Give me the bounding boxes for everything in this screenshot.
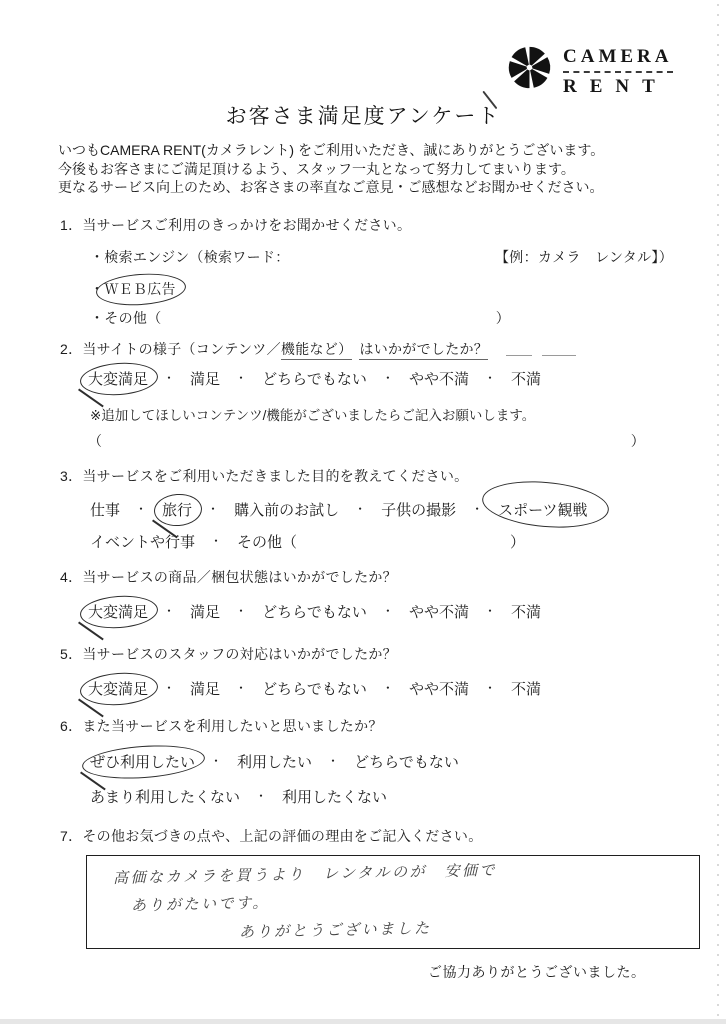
q1-search-label: ・検索エンジン（検索ワード： (90, 247, 290, 267)
option: やや不満 (409, 604, 469, 621)
option: あまり利用したくない (90, 789, 240, 806)
option-selected: スポーツ観戦 (498, 499, 587, 520)
option: 不満 (511, 604, 541, 621)
q1-option-other: ・その他（ ） (90, 308, 510, 328)
option-separator: ・ (235, 371, 247, 385)
aperture-icon (506, 44, 553, 91)
question-3-label: 3．当サービスをご利用いただきました目的を教えてください。 (60, 466, 468, 486)
option-selected: 大変満足 (88, 368, 148, 389)
survey-page: CAMERA RENT お客さま満足度アンケート いつもCAMERA RENT(… (0, 0, 726, 1024)
underline-dash (542, 354, 576, 356)
q2-label-part: 2．当サイトの様子（コンテンツ／ (60, 341, 281, 357)
option-separator: ・ (382, 371, 394, 385)
option-separator: ・ (471, 502, 483, 516)
option: その他（ (237, 534, 297, 551)
option-separator: ・ (327, 754, 339, 768)
option: どちらでもない (262, 371, 367, 388)
close-paren: ） (496, 308, 510, 328)
option-separator: ・ (354, 502, 366, 516)
question-6-label: 6．また当サービスを利用したいと思いましたか？ (60, 716, 383, 736)
option-selected: 大変満足 (88, 678, 148, 699)
option-separator: ・ (135, 502, 147, 516)
option: 子供の撮影 (381, 502, 456, 519)
q1-search-example: 【例：カメラ レンタル】） (495, 247, 673, 267)
question-2-label: 2．当サイトの様子（コンテンツ／機能など）はいかがでしたか？ (60, 339, 576, 359)
option: 満足 (190, 681, 220, 698)
close-paren: ） (510, 531, 525, 552)
option-separator: ・ (163, 604, 175, 618)
option: やや不満 (409, 371, 469, 388)
option: どちらでもない (262, 681, 367, 698)
intro-line: 更なるサービス向上のため、お客さまの率直なご意見・ご感想などお聞かせください。 (58, 178, 604, 197)
logo: CAMERA RENT (506, 44, 673, 98)
q2-free-answer-line: （ ） (88, 431, 645, 451)
option-separator: ・ (210, 534, 222, 548)
option-separator: ・ (382, 681, 394, 695)
q4-options-row: 大変満足・満足・どちらでもない・やや不満・不満 (88, 601, 541, 622)
option-separator: ・ (235, 604, 247, 618)
page-title: お客さま満足度アンケート (0, 100, 726, 130)
close-paren: ） (631, 431, 645, 451)
option: どちらでもない (262, 604, 367, 621)
q2-label-underlined: 機能など） (281, 341, 353, 360)
option: 仕事 (90, 502, 120, 519)
handwritten-comment-line: 高価なカメラを買うより レンタルのが 安価で (113, 859, 497, 888)
intro-line: 今後もお客さまにご満足頂けるよう、スタッフ一丸となって努力してまいります。 (58, 160, 604, 179)
open-paren: （ (88, 431, 102, 451)
option: やや不満 (409, 681, 469, 698)
q3-options-row2-items: イベントや行事・その他（ (90, 531, 297, 552)
option: 不満 (511, 681, 541, 698)
q2-label-underlined: はいかがでしたか？ (359, 341, 488, 360)
question-1-label: 1．当サービスご利用のきっかけをお聞かせください。 (60, 215, 411, 235)
option: 購入前のお試し (234, 502, 339, 519)
q6-options-row2: あまり利用したくない・利用したくない (90, 786, 387, 807)
option-separator: ・ (484, 681, 496, 695)
q6-options-row1: ぜひ利用したい・利用したい・どちらでもない (90, 751, 459, 772)
comment-box: 高価なカメラを買うより レンタルのが 安価で ありがたいです。 ありがとうござい… (86, 855, 700, 949)
bullet: ・ (90, 281, 104, 297)
option-selected: 旅行 (162, 499, 192, 520)
handwritten-comment-line: ありがたいです。 (131, 892, 270, 916)
intro-paragraph: いつもCAMERA RENT(カメラレント) をご利用いただき、誠にありがとうご… (58, 141, 604, 197)
scan-bottom-smudge (0, 1019, 726, 1024)
q1-other-label: ・その他（ (90, 308, 162, 328)
option-separator: ・ (163, 371, 175, 385)
option-separator: ・ (235, 681, 247, 695)
option-selected: ぜひ利用したい (90, 751, 195, 772)
question-7-label: 7．その他お気づきの点や、上記の評価の理由をご記入ください。 (60, 826, 483, 846)
q1-option-web-ad: ・ＷＥＢ広告 (90, 279, 176, 299)
option: 満足 (190, 604, 220, 621)
option: 利用したくない (282, 789, 387, 806)
q1-web-ad-selected: ＷＥＢ広告 (104, 279, 176, 299)
logo-line1: CAMERA (563, 46, 673, 73)
option-separator: ・ (255, 789, 267, 803)
option: 満足 (190, 371, 220, 388)
option: 利用したい (237, 754, 312, 771)
q3-options-row1: 仕事・旅行・購入前のお試し・子供の撮影・スポーツ観戦 (90, 499, 588, 520)
option-separator: ・ (382, 604, 394, 618)
question-5-label: 5．当サービスのスタッフの対応はいかがでしたか？ (60, 644, 397, 664)
option: イベントや行事 (90, 534, 195, 551)
scan-edge-dots (717, 4, 719, 1016)
logo-text: CAMERA RENT (563, 46, 673, 98)
option-separator: ・ (484, 371, 496, 385)
logo-line2: RENT (563, 76, 673, 98)
option-separator: ・ (210, 754, 222, 768)
underline-dash (506, 354, 532, 356)
question-4-label: 4．当サービスの商品／梱包状態はいかがでしたか？ (60, 567, 397, 587)
option-selected: 大変満足 (88, 601, 148, 622)
q1-option-search: ・検索エンジン（検索ワード： 【例：カメラ レンタル】） (90, 247, 673, 267)
intro-line: いつもCAMERA RENT(カメラレント) をご利用いただき、誠にありがとうご… (58, 141, 604, 160)
q5-options-row: 大変満足・満足・どちらでもない・やや不満・不満 (88, 678, 541, 699)
option-separator: ・ (163, 681, 175, 695)
q3-options-row2: イベントや行事・その他（ ） (90, 531, 525, 552)
handwritten-comment-line: ありがとうございました (239, 917, 432, 942)
option: 不満 (511, 371, 541, 388)
option-separator: ・ (207, 502, 219, 516)
closing-note: ご協力ありがとうございました。 (428, 962, 646, 982)
option-separator: ・ (484, 604, 496, 618)
q2-note: ※追加してほしいコンテンツ/機能がございましたらご記入お願いします。 (90, 404, 535, 424)
option: どちらでもない (354, 754, 459, 771)
q2-options-row: 大変満足・満足・どちらでもない・やや不満・不満 (88, 368, 541, 389)
